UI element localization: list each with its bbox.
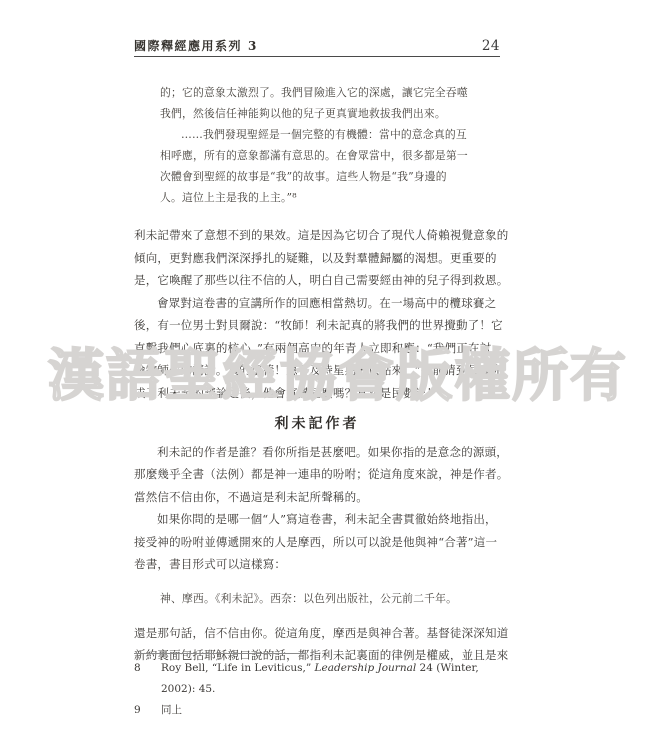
paragraph-4: 如果你問的是哪一個“人”寫這卷書，利未記全書貫徹始終地指出，接受神的吩咐並傳遞開… [134,508,500,576]
footnote-8-journal: Leadership Journal [315,662,417,674]
text-line: 接受神的吩咐並傳遞開來的人是摩西，所以可以說是他與神“合著”這一 [134,531,500,554]
text-line: 利未記的作者是誰？看你所指是甚麼吧。如果你指的是意念的源頭， [134,441,500,464]
text-line: 如果你問的是哪一個“人”寫這卷書，利未記全書貫徹始終地指出， [134,508,500,531]
footnote-9-number: 9 [134,700,161,721]
page-header: 國際釋經應用系列3 24 [134,31,500,57]
text-line: 會眾對這卷書的宣講所作的回應相當熱切。在一場高中的欖球賽之 [134,292,500,315]
block-quote: 的；它的意象太激烈了。我們冒險進入它的深處，讓它完全吞噬我們，然後信任神能夠以他… [160,82,482,208]
section-heading: 利未記作者 [134,413,500,436]
text-line: 後，有一位男士對貝爾說：“牧師！利未記真的將我們的世界攪動了！它 [134,314,500,337]
text-line: 直擊我們心底裏的核心。”有兩個高中的年青人立即和應：“我們正在討 [134,337,500,360]
series-title-group: 國際釋經應用系列3 [134,37,256,54]
text-line: 那麼幾乎全書（法例）都是神一連串的吩咐；從這角度來說，神是作者。 [134,463,500,486]
footnote-9: 9 同上 [134,700,514,721]
text-line: 論牧師你的講論。真的很棒！急不及待星期天快點來！”你能猜到貝爾完 [134,359,500,382]
footnote-9-text: 同上 [161,700,182,721]
text-line: 傾向，更對應我們深深掙扎的疑難，以及對羣體歸屬的渴想。更重要的 [134,247,500,270]
text-line: ……我們發現聖經是一個完整的有機體：當中的意念真的互 [160,124,482,145]
page-body: 的；它的意象太激烈了。我們冒險進入它的深處，讓它完全吞噬我們，然後信任神能夠以他… [134,82,500,667]
footnote-divider [134,653,306,654]
text-line: 卷書，書目形式可以這樣寫： [134,553,500,576]
footnote-8-text-before: Roy Bell, “Life in Leviticus,” [161,662,315,674]
footnote-8-number: 8 [134,658,161,700]
text-line: 利未記帶來了意想不到的果效。這是因為它切合了現代人倚賴視覺意象的 [134,224,500,247]
footnote-8-text: Roy Bell, “Life in Leviticus,” Leadershi… [161,658,514,700]
text-line: 是，它喚醒了那些以往不信的人，明白自己需要經由神的兒子得到救恩。 [134,269,500,292]
paragraph-3: 利未記的作者是誰？看你所指是甚麼吧。如果你指的是意念的源頭，那麼幾乎全書（法例）… [134,441,500,509]
series-title: 國際釋經應用系列 [134,39,242,53]
text-line: 次體會到聖經的故事是“我”的故事。這些人物是“我”身邊的 [160,166,482,187]
footnotes-section: 8 Roy Bell, “Life in Leviticus,” Leaders… [134,653,514,721]
text-line: 相呼應，所有的意象都滿有意思的。在會眾當中，很多都是第一 [160,145,482,166]
page-number: 24 [482,38,500,54]
text-line: 成了利未記的講論之後，他會宣講甚麼嗎？當然是民數記！⁹ [134,382,500,405]
paragraph-2: 會眾對這卷書的宣講所作的回應相當熱切。在一場高中的欖球賽之後，有一位男士對貝爾說… [134,292,500,405]
citation-line: 神、摩西。《利未記》。西奈：以色列出版社，公元前二千年。 [160,589,500,609]
paragraph-1: 利未記帶來了意想不到的果效。這是因為它切合了現代人倚賴視覺意象的傾向，更對應我們… [134,224,500,292]
text-line: 當然信不信由你，不過這是利未記所聲稱的。 [134,486,500,509]
series-volume: 3 [248,39,256,53]
text-line: 我們，然後信任神能夠以他的兒子更真實地救拔我們出來。 [160,103,482,124]
footnote-8: 8 Roy Bell, “Life in Leviticus,” Leaders… [134,658,514,700]
text-line: 還是那句話，信不信由你。從這角度，摩西是與神合著。基督徒深深知道 [134,622,500,645]
text-line: 的；它的意象太激烈了。我們冒險進入它的深處，讓它完全吞噬 [160,82,482,103]
text-line: 人。這位上主是我的上主。”⁸ [160,187,482,208]
